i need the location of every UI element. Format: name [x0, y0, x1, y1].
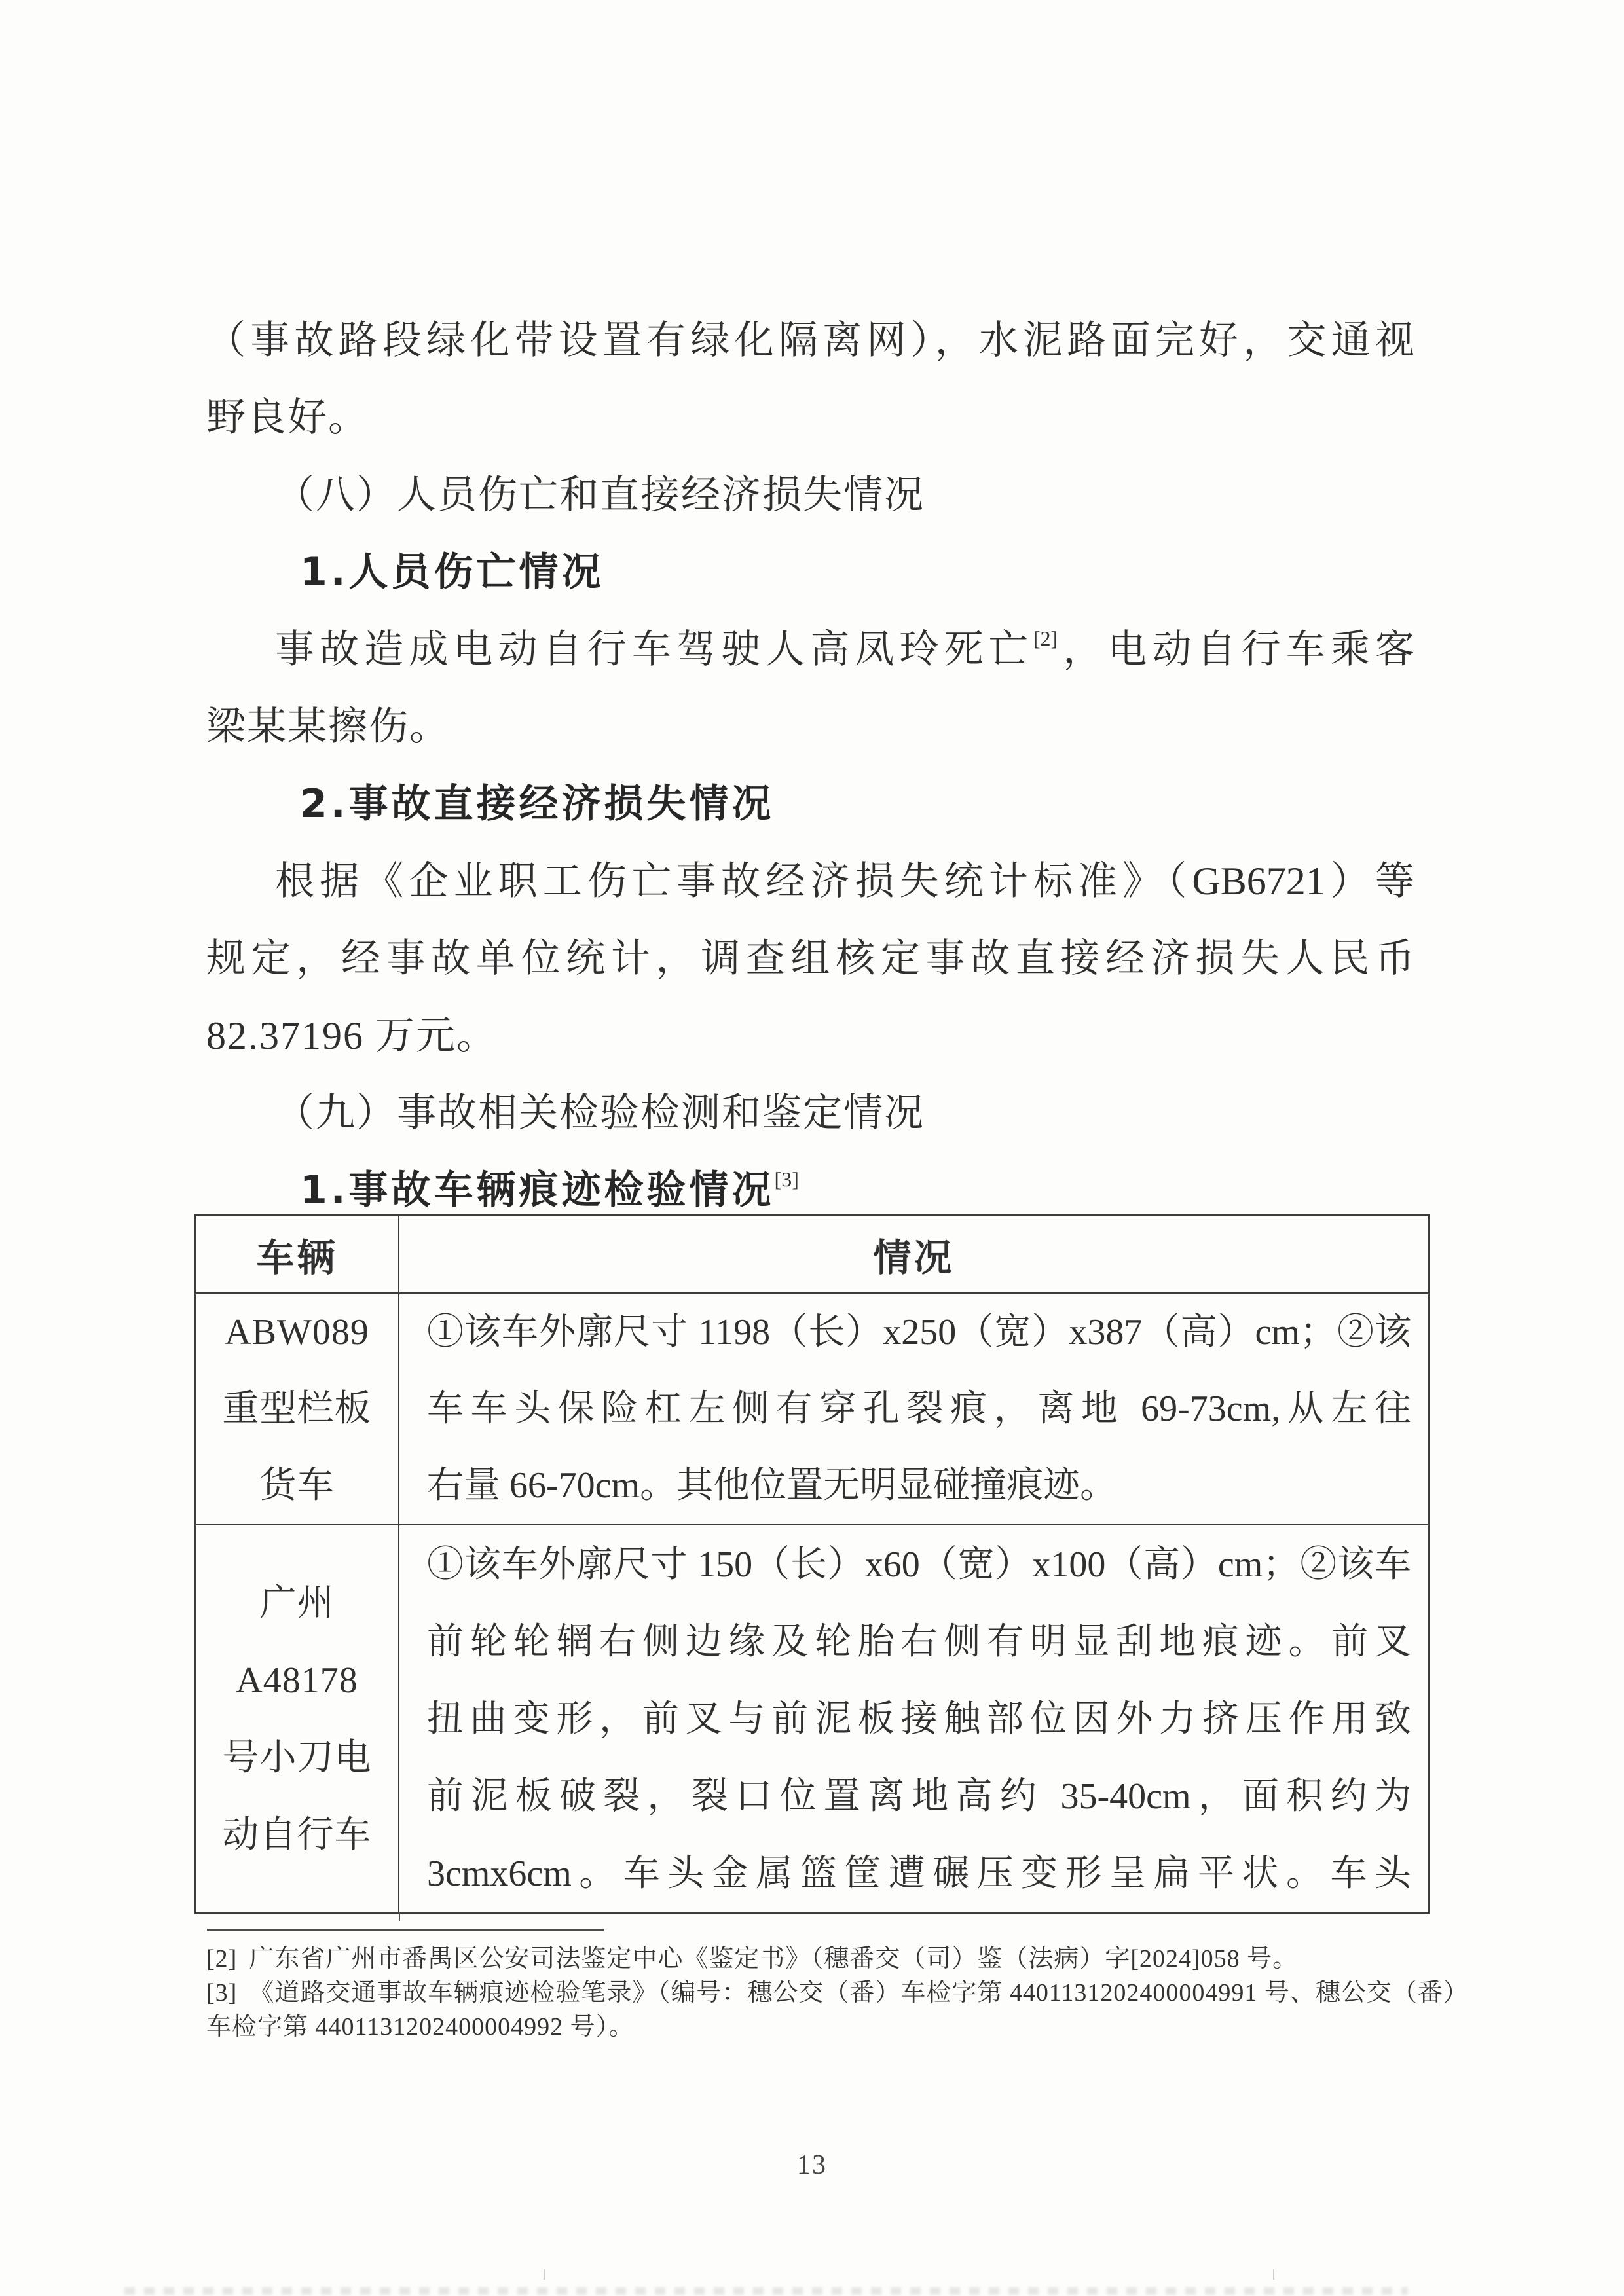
- section-heading-8: （八）人员伤亡和直接经济损失情况: [206, 456, 1414, 534]
- scan-artifact: [544, 2269, 545, 2280]
- footnote-text: 车检字第 4401131202400004992 号）。: [206, 2013, 635, 2041]
- vehicle-name-line: 动自行车: [223, 1796, 372, 1874]
- footnote-3-line1: [3]《道路交通事故车辆痕迹检验笔录》（编号：穗公交（番）车检字第 440113…: [206, 1976, 1490, 2010]
- table-cell-vehicle-truck: ABW089 重型栏板 货车: [196, 1294, 399, 1525]
- paragraph-text: 事故造成电动自行车驾驶人高凤玲死亡: [275, 628, 1033, 671]
- paragraph-line: 野良好。: [206, 379, 1414, 456]
- description-line: 3cmx6cm。车头金属篮筐遭碾压变形呈扁平状。车头: [427, 1835, 1411, 1912]
- description-line: 前轮轮辋右侧边缘及轮胎右侧有明显刮地痕迹。前叉: [427, 1603, 1411, 1681]
- description-line: 前泥板破裂，裂口位置离地高约 35-40cm，面积约为: [427, 1758, 1411, 1835]
- footnote-ref-2: [2]: [1033, 627, 1058, 650]
- table-border-artifact: [399, 1913, 400, 1921]
- table-header-situation: 情况: [399, 1216, 1428, 1294]
- vehicle-name-line: 号小刀电: [223, 1719, 372, 1796]
- vehicle-name-line: 广州: [260, 1565, 335, 1642]
- heading-economic-loss: 2.事故直接经济损失情况: [206, 765, 1414, 843]
- page-number: 13: [0, 2149, 1624, 2181]
- paragraph-text: ，电动自行车乘客: [1058, 628, 1414, 671]
- vehicle-name-line: A48178: [236, 1642, 358, 1719]
- next-page-edge-artifact: [124, 2287, 1408, 2295]
- footnote-text: 《道路交通事故车辆痕迹检验笔录》（编号：穗公交（番）车检字第 440113120…: [249, 1979, 1469, 2007]
- description-line: 右量 66-70cm。其他位置无明显碰撞痕迹。: [427, 1448, 1411, 1524]
- table-cell-vehicle-ebike: 广州 A48178 号小刀电 动自行车: [196, 1525, 399, 1912]
- paragraph-line: （事故路段绿化带设置有绿化隔离网），水泥路面完好，交通视: [206, 302, 1414, 379]
- footnote-3-line2: 车检字第 4401131202400004992 号）。: [206, 2010, 1490, 2044]
- vehicle-name-line: 重型栏板: [223, 1371, 372, 1448]
- description-line: ①该车外廓尺寸 1198（长）x250（宽）x387（高）cm；②该: [427, 1294, 1411, 1371]
- footnote-ref-3: [3]: [775, 1167, 799, 1191]
- paragraph-line: 82.37196 万元。: [206, 997, 1414, 1074]
- vehicle-name-line: 货车: [260, 1448, 335, 1524]
- description-line: 车车头保险杠左侧有穿孔裂痕，离地 69-73cm,从左往: [427, 1371, 1411, 1448]
- footnote-separator: [207, 1929, 604, 1931]
- section-heading-9: （九）事故相关检验检测和鉴定情况: [206, 1074, 1414, 1152]
- table-header-vehicle: 车辆: [196, 1216, 399, 1294]
- paragraph-line: 根据《企业职工伤亡事故经济损失统计标准》（GB6721）等: [206, 843, 1414, 920]
- description-line: ①该车外廓尺寸 150（长）x60（宽）x100（高）cm；②该车: [427, 1526, 1411, 1603]
- document-body: （事故路段绿化带设置有绿化隔离网），水泥路面完好，交通视 野良好。 （八）人员伤…: [206, 302, 1414, 1229]
- footnote-marker: [2]: [206, 1945, 237, 1973]
- description-line: 扭曲变形，前叉与前泥板接触部位因外力挤压作用致: [427, 1681, 1411, 1758]
- table-cell-truck-description: ①该车外廓尺寸 1198（长）x250（宽）x387（高）cm；②该 车车头保险…: [399, 1294, 1428, 1525]
- paragraph-line: 事故造成电动自行车驾驶人高凤玲死亡[2]，电动自行车乘客: [206, 611, 1414, 688]
- heading-text: 1.事故车辆痕迹检验情况: [300, 1167, 775, 1213]
- footnotes: [2]广东省广州市番禺区公安司法鉴定中心《鉴定书》（穗番交（司）鉴（法病）字[2…: [206, 1942, 1490, 2044]
- heading-casualty-situation: 1.人员伤亡情况: [206, 534, 1414, 611]
- table-cell-ebike-description: ①该车外廓尺寸 150（长）x60（宽）x100（高）cm；②该车 前轮轮辋右侧…: [399, 1525, 1428, 1912]
- scan-artifact: [1273, 2269, 1274, 2280]
- vehicle-inspection-table: 车辆 情况 ABW089 重型栏板 货车 ①该车外廓尺寸 1198（长）x250…: [194, 1214, 1430, 1914]
- footnote-2: [2]广东省广州市番禺区公安司法鉴定中心《鉴定书》（穗番交（司）鉴（法病）字[2…: [206, 1942, 1490, 1976]
- paragraph-line: 梁某某擦伤。: [206, 688, 1414, 765]
- scanned-document-page: （事故路段绿化带设置有绿化隔离网），水泥路面完好，交通视 野良好。 （八）人员伤…: [0, 0, 1624, 2296]
- vehicle-name-line: ABW089: [225, 1294, 369, 1371]
- footnote-text: 广东省广州市番禺区公安司法鉴定中心《鉴定书》（穗番交（司）鉴（法病）字[2024…: [249, 1945, 1298, 1973]
- paragraph-line: 规定，经事故单位统计，调查组核定事故直接经济损失人民币: [206, 920, 1414, 997]
- footnote-marker: [3]: [206, 1979, 237, 2007]
